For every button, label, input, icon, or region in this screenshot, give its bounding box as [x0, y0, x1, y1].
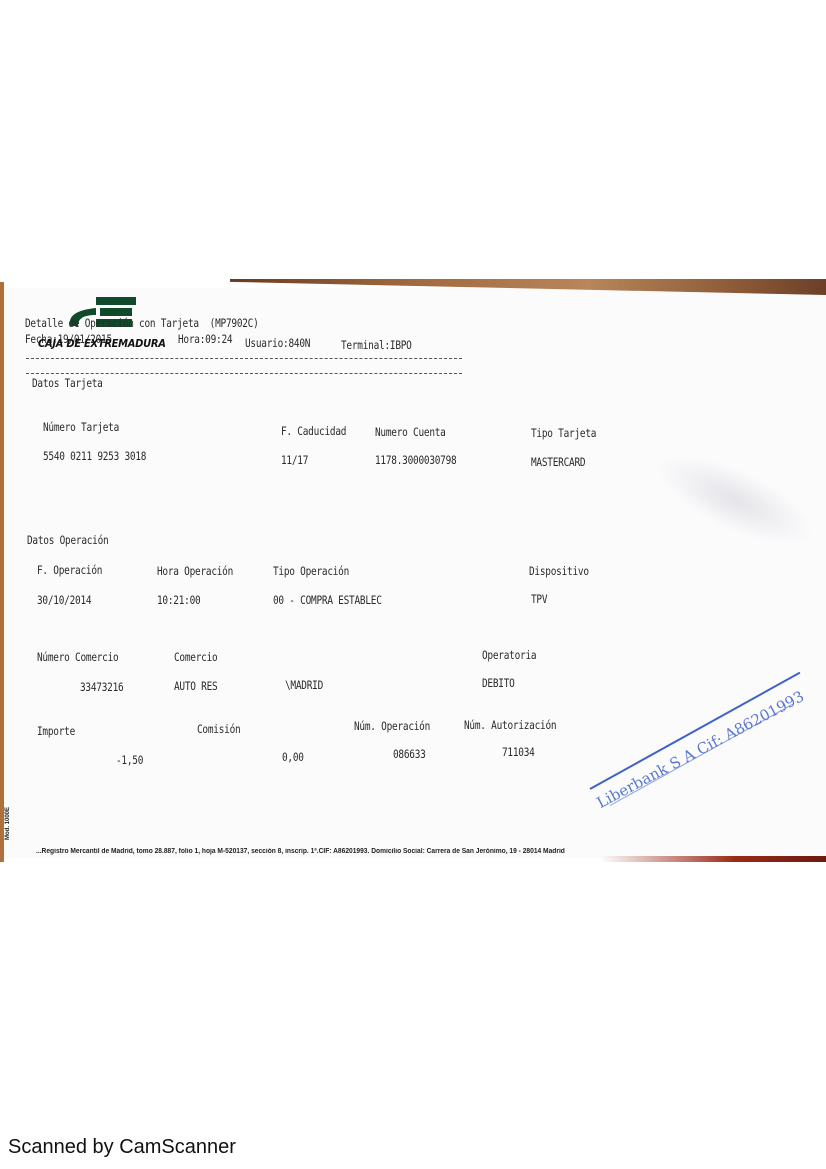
value-operatoria: DEBITO: [482, 676, 515, 690]
model-code: Mod. 1000E: [5, 807, 11, 840]
camscanner-watermark: Scanned by CamScanner: [8, 1136, 236, 1159]
value-caducidad: 11/17: [281, 453, 308, 467]
label-numero-tarjeta: Número Tarjeta: [43, 420, 119, 434]
bank-logo-text: CAJA DE EXTREMADURA: [38, 337, 166, 350]
label-num-autorizacion: Núm. Autorización: [464, 718, 556, 732]
label-operatoria: Operatoria: [482, 648, 536, 662]
value-num-operacion: 086633: [393, 747, 426, 761]
value-num-autorizacion: 711034: [502, 745, 535, 759]
value-comercio: AUTO RES: [174, 679, 217, 693]
footer-legal-text: ...Registro Mercantil de Madrid, tomo 28…: [36, 848, 565, 855]
label-importe: Importe: [37, 724, 75, 738]
value-comercio-ciudad: \MADRID: [285, 678, 323, 692]
value-dispositivo: TPV: [531, 592, 547, 606]
label-dispositivo: Dispositivo: [529, 564, 589, 578]
section-title-datos-operacion: Datos Operación: [27, 533, 108, 547]
value-hora-operacion: 10:21:00: [157, 593, 200, 607]
header-terminal: Terminal:IBPO: [341, 338, 412, 352]
photo-background-bottom: [600, 856, 826, 862]
value-numero-cuenta: 1178.3000030798: [375, 453, 456, 467]
header-usuario: Usuario:840N: [245, 336, 310, 350]
value-comision: 0,00: [282, 750, 304, 764]
value-f-operacion: 30/10/2014: [37, 593, 91, 607]
value-tipo-operacion: 00 - COMPRA ESTABLEC: [273, 593, 382, 607]
label-hora-operacion: Hora Operación: [157, 564, 233, 578]
label-comercio: Comercio: [174, 650, 217, 664]
separator-line: [26, 373, 462, 374]
value-numero-comercio: 33473216: [80, 680, 123, 694]
header-hora: Hora:09:24: [178, 332, 232, 346]
label-numero-cuenta: Numero Cuenta: [375, 425, 446, 439]
label-tipo-tarjeta: Tipo Tarjeta: [531, 426, 596, 440]
separator-line: [26, 358, 462, 359]
value-numero-tarjeta: 5540 0211 9253 3018: [43, 449, 146, 463]
label-numero-comercio: Número Comercio: [37, 650, 118, 664]
value-importe: -1,50: [116, 753, 143, 767]
document-title: Detalle de Operación con Tarjeta (MP7902…: [25, 316, 259, 330]
section-title-datos-tarjeta: Datos Tarjeta: [32, 376, 103, 390]
label-tipo-operacion: Tipo Operación: [273, 564, 349, 578]
label-caducidad: F. Caducidad: [281, 424, 346, 438]
label-num-operacion: Núm. Operación: [354, 719, 430, 733]
label-f-operacion: F. Operación: [37, 563, 102, 577]
value-tipo-tarjeta: MASTERCARD: [531, 455, 585, 469]
label-comision: Comisión: [197, 722, 240, 736]
